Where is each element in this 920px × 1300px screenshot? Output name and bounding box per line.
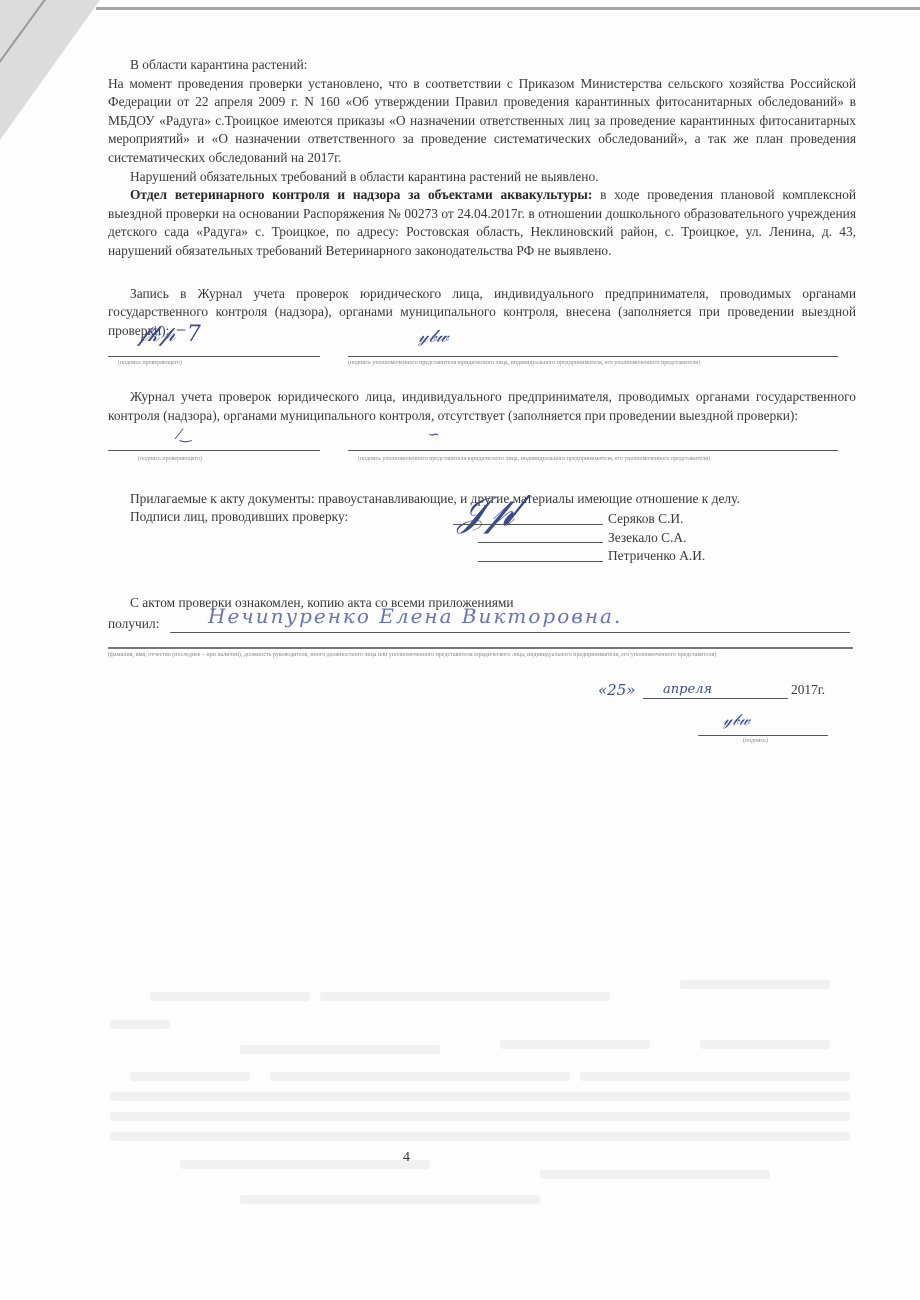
- inspector-signature-caption-2: (подпись проверяющего): [138, 456, 318, 463]
- received-by-line: [170, 632, 850, 633]
- inspector-initial-mark: ⁄‿: [178, 426, 192, 445]
- inspector-name: Петриченко А.И.: [608, 547, 705, 565]
- vet-heading: Отдел ветеринарного контроля и надзора з…: [130, 187, 592, 202]
- page-top-edge: [96, 7, 920, 10]
- page-mark: 4: [403, 1150, 410, 1166]
- inspector-signature-line-2: [108, 450, 320, 451]
- inspector-signature-caption: (подпись проверяющего): [118, 360, 318, 367]
- received-row: получил: Нечипуренко Елена Викторовна.: [108, 613, 856, 639]
- date-signature-block: «25» апреля 2017г. 𝓎𝒷𝓌 (подпись): [108, 675, 856, 765]
- representative-signature-line: [348, 356, 838, 357]
- journal-entry-text: Запись в Журнал учета проверок юридическ…: [108, 285, 856, 341]
- representative-initial-mark: ∽: [428, 426, 440, 445]
- plant-quarantine-result: Нарушений обязательных требований в обла…: [108, 168, 856, 187]
- footnote-block: (фамилия, имя, отчество (последнее – при…: [108, 639, 856, 675]
- plant-quarantine-heading: В области карантина растений:: [108, 56, 856, 75]
- inspectors-signature-scrawl: 𝒥𝓅⁄: [458, 492, 521, 532]
- folded-page-corner: [0, 0, 100, 140]
- inspector-signature-line: [108, 356, 320, 357]
- journal-absent-text: Журнал учета проверок юридического лица,…: [108, 388, 856, 425]
- vet-paragraph: Отдел ветеринарного контроля и надзора з…: [108, 186, 856, 260]
- document-page: В области карантина растений: На момент …: [108, 56, 856, 765]
- footnote-rule: [108, 647, 853, 649]
- date-month: апреля: [663, 681, 712, 700]
- signature-caption: (подпись): [743, 738, 803, 745]
- plant-quarantine-text: На момент проведения проверки установлен…: [108, 75, 856, 168]
- inspector-name: Зезекало С.А.: [608, 529, 705, 547]
- received-by-handwritten: Нечипуренко Елена Викторовна.: [208, 607, 622, 626]
- representative-signature-line-2: [348, 450, 838, 451]
- representative-signature-scrawl: 𝓎𝒷𝓌: [418, 328, 449, 347]
- signature-line-2: [478, 542, 603, 543]
- signature-line-3: [478, 561, 603, 562]
- date-month-line: [643, 698, 788, 699]
- representative-signature-caption-2: (подпись уполномоченного представителя ю…: [358, 456, 848, 463]
- inspectors-signature-block: Подписи лиц, проводивших проверку: 𝒥𝓅⁄ С…: [108, 508, 856, 578]
- final-signature-scrawl: 𝓎𝒷𝓌: [723, 711, 750, 730]
- inspectors-names: Серяков С.И. Зезекало С.А. Петриченко А.…: [608, 510, 705, 565]
- representative-signature-caption: (подпись уполномоченного представителя ю…: [348, 360, 848, 367]
- signatures-label: Подписи лиц, проводивших проверку:: [130, 508, 348, 527]
- journal-signature-row-1: 𝒻𝓀𝓅⁻7 𝓎𝒷𝓌 (подпись проверяющего) (подпис…: [108, 340, 856, 380]
- signature-line-1: [453, 524, 603, 525]
- inspector-name: Серяков С.И.: [608, 510, 705, 528]
- final-signature-line: [698, 735, 828, 736]
- inspector-signature-scrawl: 𝒻𝓀𝓅⁻7: [138, 326, 201, 345]
- date-day: «25»: [598, 681, 635, 700]
- journal-signature-row-2: ⁄‿ ∽ (подпись проверяющего) (подпись упо…: [108, 426, 856, 490]
- footnote-text: (фамилия, имя, отчество (последнее – при…: [108, 652, 853, 659]
- received-label: получил:: [108, 615, 159, 634]
- date-year: 2017г.: [791, 681, 825, 700]
